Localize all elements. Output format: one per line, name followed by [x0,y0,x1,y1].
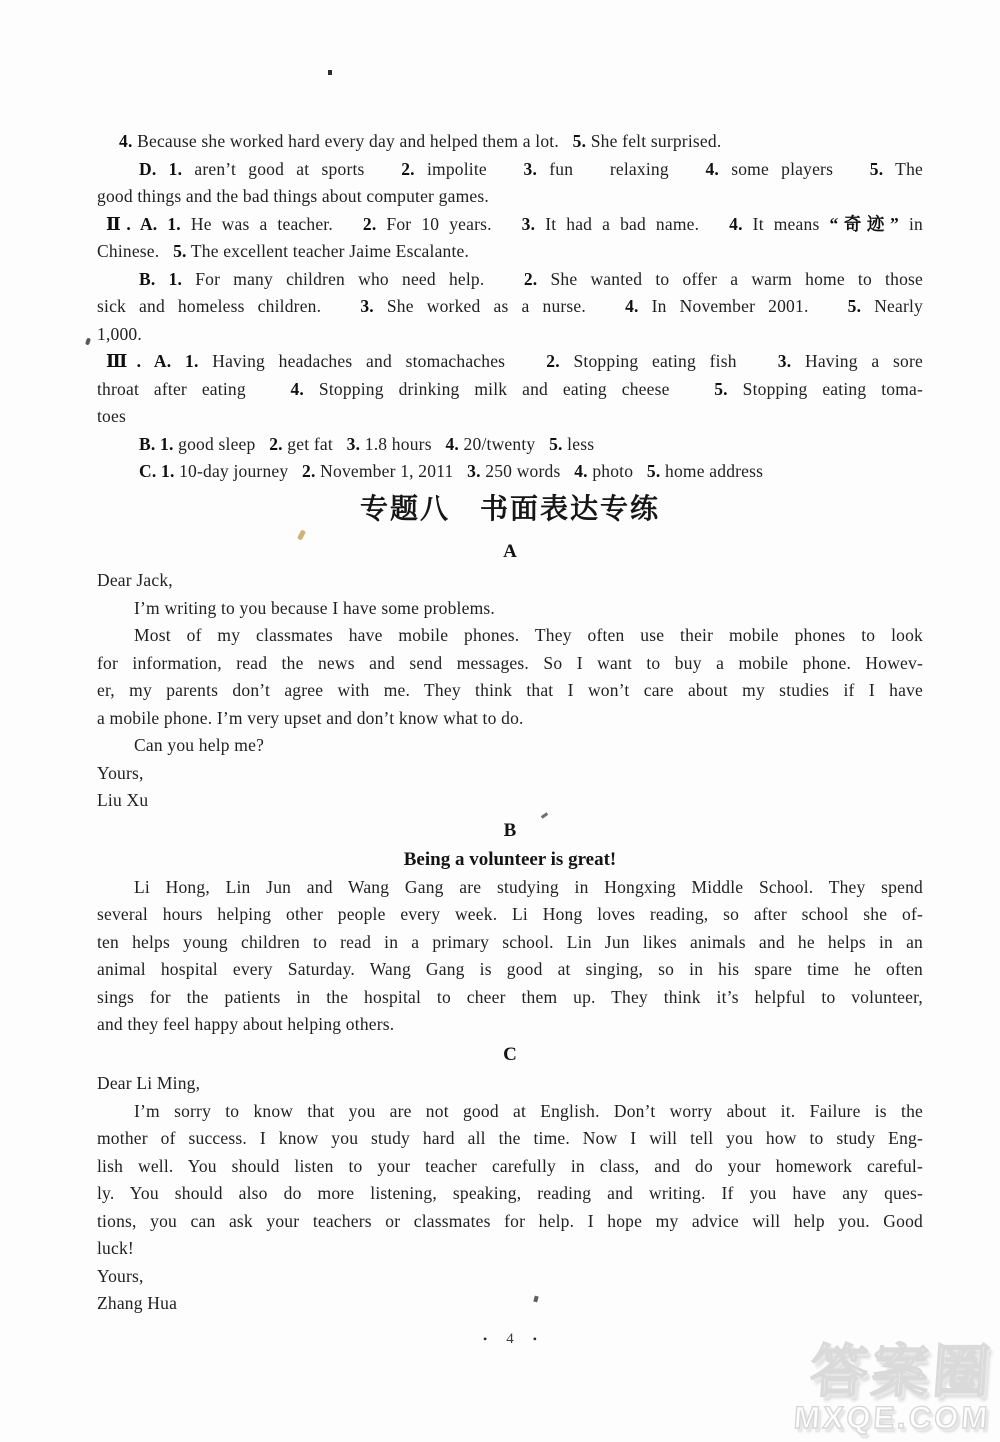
letter-paragraph: I’m writing to you because I have some p… [97,595,923,623]
answer-marker: 5. [870,159,884,179]
text-line: several hours helping other people every… [97,901,923,929]
text-run: Liu Xu [97,790,148,810]
text-run: For many children who need help. [182,269,524,289]
text-line: animal hospital every Saturday. Wang Gan… [97,956,923,984]
answer-marker: 4. [625,296,639,316]
text-run: sings for the patients in the hospital t… [97,987,923,1007]
text-run: Yours, [97,1266,144,1286]
text-line: Ⅱ. A. 1. He was a teacher. 2. For 10 yea… [97,211,923,239]
text-line: good things and the bad things about com… [97,183,923,211]
text-run: I’m writing to you because I have some p… [134,598,495,618]
text-line: B. 1. good sleep 2. get fat 3. 1.8 hours… [97,431,923,459]
letter-paragraph: Can you help me? [97,732,923,760]
text-run: Dear Jack, [97,570,173,590]
text-line: Ⅲ. A. 1. Having headaches and stomachach… [97,348,923,376]
answer-marker: “奇迹” [829,214,899,234]
text-run: er, my parents don’t agree with me. They… [97,680,923,700]
text-run: Chinese. [97,241,173,261]
text-run: home address [660,461,763,481]
section-label: B [97,817,923,845]
answer-marker: 2. [401,159,415,179]
section-A: ADear Jack,I’m writing to you because I … [97,538,923,815]
letter-paragraph: Most of my classmates have mobile phones… [97,622,923,732]
answer-marker: 4. [119,131,133,151]
answer-paragraph: B. 1. good sleep 2. get fat 3. 1.8 hours… [97,431,923,459]
text-line: lish well. You should listen to your tea… [97,1153,923,1181]
answer-paragraph: D. 1. aren’t good at sports 2. impolite … [97,156,923,211]
answer-marker: 3. [524,159,538,179]
text-run: She wanted to offer a warm home to those [537,269,923,289]
scanned-page: 4. Because she worked hard every day and… [0,0,1000,1442]
text-run: some players [719,159,870,179]
answer-marker: B. 1. [139,434,174,454]
text-run: aren’t good at sports [182,159,401,179]
answer-marker: 5. [173,241,187,261]
text-run: good sleep [174,434,270,454]
watermark-site-text: MXQE.COM [793,1402,991,1434]
text-line: I’m writing to you because I have some p… [97,595,923,623]
answer-marker: 2. [524,269,538,289]
text-run: The [883,159,923,179]
scan-speck [328,70,332,75]
text-run: Having headaches and stomachaches [199,351,547,371]
letter-paragraph: Liu Xu [97,787,923,815]
text-run: Zhang Hua [97,1293,177,1313]
text-line: tions, you can ask your teachers or clas… [97,1208,923,1236]
text-run: Dear Li Ming, [97,1073,200,1093]
text-run: He was a teacher. [181,214,363,234]
answers-block: 4. Because she worked hard every day and… [97,128,923,486]
answer-marker: 3. [347,434,361,454]
answer-marker: 4. [729,214,743,234]
watermark-brand-text: 答案圈 [795,1344,995,1400]
answer-paragraph: B. 1. For many children who need help. 2… [97,266,923,349]
answer-marker: Ⅱ. A. 1. [106,214,181,234]
text-run: She worked as a nurse. [374,296,625,316]
text-line: 1,000. [97,321,923,349]
section-label: A [97,538,923,566]
text-line: for information, read the news and send … [97,650,923,678]
text-line: Yours, [97,760,923,788]
text-run: a mobile phone. I’m very upset and don’t… [97,708,524,728]
answer-marker: 5. [647,461,661,481]
text-run: 250 words [481,461,575,481]
text-line: Liu Xu [97,787,923,815]
text-line: sick and homeless children. 3. She worke… [97,293,923,321]
text-line: er, my parents don’t agree with me. They… [97,677,923,705]
answer-marker: C. 1. [139,461,175,481]
text-run: I’m sorry to know that you are not good … [134,1101,923,1121]
text-run: several hours helping other people every… [97,904,923,924]
text-run: She felt surprised. [586,131,721,151]
section-label: C [97,1041,923,1069]
section-title: Being a volunteer is great! [97,846,923,874]
page-content: 4. Because she worked hard every day and… [97,128,923,1348]
text-line: B. 1. For many children who need help. 2… [97,266,923,294]
text-run: The excellent teacher Jaime Escalante. [187,241,469,261]
letter-paragraph: Yours, [97,1263,923,1291]
text-line: throat after eating 4. Stopping drinking… [97,376,923,404]
text-line: Dear Jack, [97,567,923,595]
text-run: toes [97,406,126,426]
text-run: luck! [97,1238,134,1258]
text-run: Stopping drinking milk and eating cheese [304,379,714,399]
letter-paragraph: Li Hong, Lin Jun and Wang Gang are study… [97,874,923,1039]
sections-block: ADear Jack,I’m writing to you because I … [97,538,923,1318]
letter-paragraph: Yours, [97,760,923,788]
text-run: impolite [415,159,524,179]
text-run: animal hospital every Saturday. Wang Gan… [97,959,923,979]
text-line: Most of my classmates have mobile phones… [97,622,923,650]
text-line: 4. Because she worked hard every day and… [97,128,923,156]
text-run: In November 2001. [639,296,848,316]
text-run: good things and the bad things about com… [97,186,489,206]
section-C: CDear Li Ming,I’m sorry to know that you… [97,1041,923,1318]
answer-marker: 3. [360,296,374,316]
text-run: 1,000. [97,324,142,344]
text-run: Having a sore [791,351,923,371]
text-run: lish well. You should listen to your tea… [97,1156,923,1176]
section-B: BBeing a volunteer is great!Li Hong, Lin… [97,817,923,1039]
text-run: It had a bad name. [535,214,729,234]
text-line: Yours, [97,1263,923,1291]
text-line: a mobile phone. I’m very upset and don’t… [97,705,923,733]
text-run: mother of success. I know you study hard… [97,1128,923,1148]
answer-marker: B. 1. [139,269,182,289]
answer-marker: 3. [467,461,481,481]
answer-paragraph: Ⅲ. A. 1. Having headaches and stomachach… [97,348,923,431]
text-run: Li Hong, Lin Jun and Wang Gang are study… [134,877,923,897]
answer-marker: 4. [445,434,459,454]
text-run: Because she worked hard every day and he… [133,131,573,151]
text-run: get fat [283,434,347,454]
letter-paragraph: Dear Li Ming, [97,1070,923,1098]
text-run: For 10 years. [376,214,521,234]
text-run: Yours, [97,763,144,783]
letter-paragraph: I’m sorry to know that you are not good … [97,1098,923,1263]
text-run: Stopping eating toma- [728,379,923,399]
text-line: Zhang Hua [97,1290,923,1318]
answer-marker: 3. [778,351,792,371]
answer-marker: 5. [848,296,862,316]
text-line: Li Hong, Lin Jun and Wang Gang are study… [97,874,923,902]
footer-dot-right: • [533,1332,537,1347]
text-line: Chinese. 5. The excellent teacher Jaime … [97,238,923,266]
answer-paragraph: Ⅱ. A. 1. He was a teacher. 2. For 10 yea… [97,211,923,266]
footer-dot-left: • [483,1332,487,1347]
answer-marker: Ⅲ. A. 1. [106,351,199,371]
text-run: 20/twenty [459,434,549,454]
text-run: It means [743,214,830,234]
text-line: sings for the patients in the hospital t… [97,984,923,1012]
letter-paragraph: Zhang Hua [97,1290,923,1318]
text-line: Can you help me? [97,732,923,760]
answer-marker: 2. [269,434,283,454]
answer-paragraph: 4. Because she worked hard every day and… [97,128,923,156]
text-run: sick and homeless children. [97,296,360,316]
text-run: photo [588,461,647,481]
text-run: fun relaxing [537,159,705,179]
text-run: less [563,434,595,454]
text-run: 10-day journey [175,461,303,481]
text-run: for information, read the news and send … [97,653,923,673]
topic-heading: 专题八 书面表达专练 [97,494,923,524]
answer-marker: 5. [714,379,728,399]
text-run: throat after eating [97,379,290,399]
text-run: ten helps young children to read in a pr… [97,932,923,952]
page-number: 4 [506,1331,514,1348]
answer-paragraph: C. 1. 10-day journey 2. November 1, 2011… [97,458,923,486]
text-run: Nearly [861,296,923,316]
text-run: and they feel happy about helping others… [97,1014,394,1034]
text-line: mother of success. I know you study hard… [97,1125,923,1153]
answer-marker: 3. [522,214,536,234]
answer-marker: 4. [705,159,719,179]
text-run: Can you help me? [134,735,264,755]
answer-marker: D. 1. [139,159,182,179]
text-line: C. 1. 10-day journey 2. November 1, 2011… [97,458,923,486]
text-run: November 1, 2011 [316,461,468,481]
answer-marker: 4. [574,461,588,481]
answer-marker: 2. [363,214,377,234]
text-line: Dear Li Ming, [97,1070,923,1098]
text-line: and they feel happy about helping others… [97,1011,923,1039]
answer-marker: 2. [546,351,560,371]
text-line: ten helps young children to read in a pr… [97,929,923,957]
text-line: D. 1. aren’t good at sports 2. impolite … [97,156,923,184]
text-run: Stopping eating fish [560,351,778,371]
text-line: I’m sorry to know that you are not good … [97,1098,923,1126]
answer-marker: 5. [573,131,587,151]
answer-marker: 5. [549,434,563,454]
scan-speck [85,338,91,346]
answer-marker: 4. [290,379,304,399]
text-run: in [899,214,923,234]
watermark: 答案圈 MXQE.COM [793,1344,996,1434]
letter-paragraph: Dear Jack, [97,567,923,595]
text-run: 1.8 hours [360,434,445,454]
text-run: tions, you can ask your teachers or clas… [97,1211,923,1231]
text-run: ly. You should also do more listening, s… [97,1183,923,1203]
text-run: Most of my classmates have mobile phones… [134,625,923,645]
answer-marker: 2. [302,461,316,481]
text-line: luck! [97,1235,923,1263]
text-line: toes [97,403,923,431]
text-line: ly. You should also do more listening, s… [97,1180,923,1208]
